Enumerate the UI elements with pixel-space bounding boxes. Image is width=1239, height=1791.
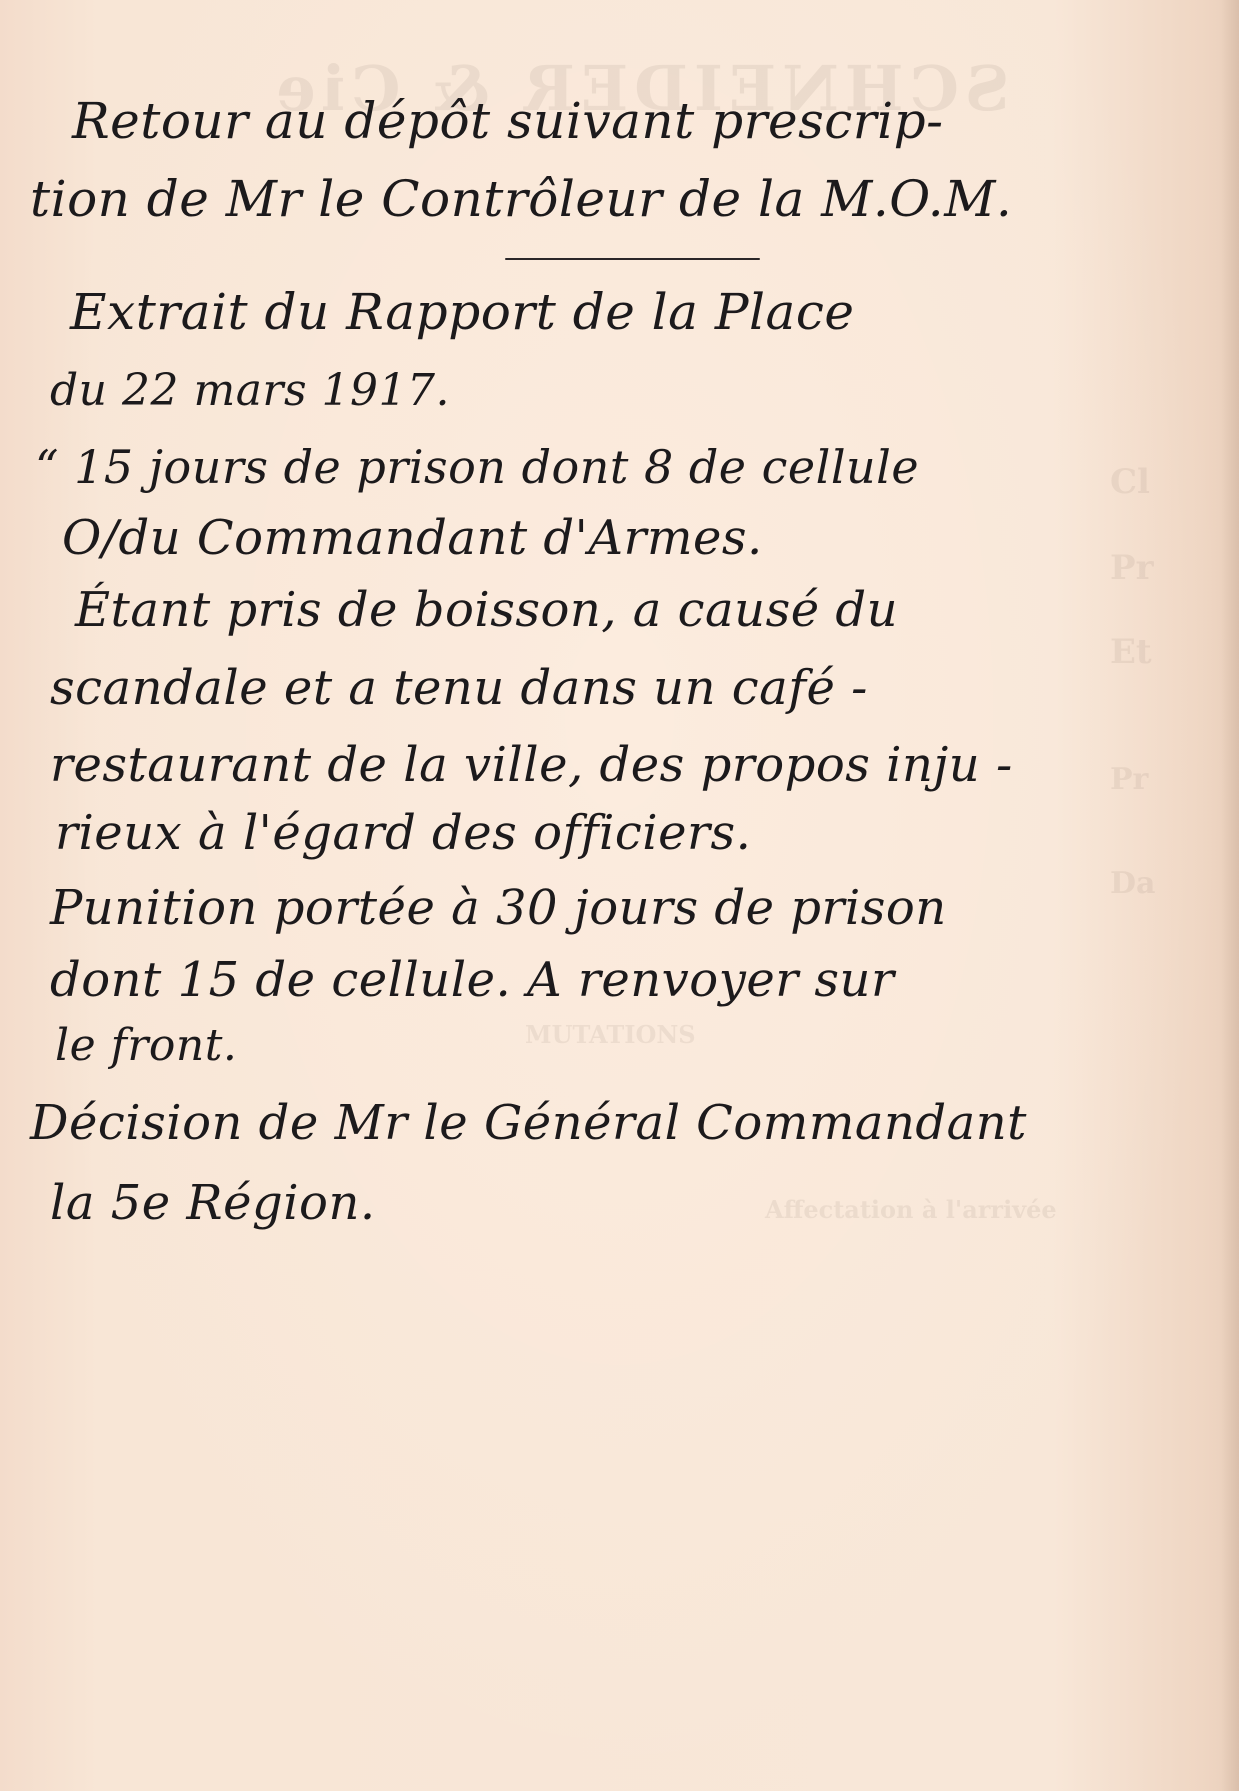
handwritten-line: dont 15 de cellule. A renvoyer sur: [50, 952, 894, 1008]
bleed-through-fragment: Pr: [1110, 762, 1148, 797]
handwritten-line: Punition portée à 30 jours de prison: [50, 880, 947, 936]
bleed-through-fragment: Affectation à l'arrivée: [765, 1195, 1057, 1224]
bleed-through-fragment: MUTATIONS: [525, 1020, 696, 1049]
handwritten-line: rieux à l'égard des officiers.: [55, 805, 751, 861]
handwritten-line: du 22 mars 1917.: [50, 365, 450, 416]
handwritten-line: Extrait du Rapport de la Place: [70, 283, 854, 341]
handwritten-line: le front.: [55, 1020, 237, 1071]
handwritten-line: Étant pris de boisson, a causé du: [75, 582, 898, 638]
handwritten-line: “ 15 jours de prison dont 8 de cellule: [35, 440, 919, 494]
page-edge-shadow: [1221, 0, 1239, 1791]
handwritten-line: scandale et a tenu dans un café -: [50, 660, 868, 716]
document-page: SCHNEIDER & Cie Cl Pr Et Pr Da MUTATIONS…: [0, 0, 1239, 1791]
handwritten-line: O/du Commandant d'Armes.: [62, 510, 763, 566]
handwritten-line: Retour au dépôt suivant prescrip-: [72, 92, 944, 150]
handwritten-line: la 5e Région.: [50, 1175, 376, 1231]
bleed-through-fragment: Et: [1110, 632, 1152, 672]
bleed-through-fragment: Pr: [1110, 548, 1153, 588]
handwritten-line: tion de Mr le Contrôleur de la M.O.M.: [30, 170, 1012, 228]
handwritten-line: Décision de Mr le Général Commandant: [30, 1095, 1027, 1151]
separator-rule: [505, 258, 760, 260]
bleed-through-fragment: Cl: [1110, 462, 1150, 502]
handwritten-line: restaurant de la ville, des propos inju …: [50, 737, 1013, 793]
bleed-through-fragment: Da: [1110, 866, 1155, 901]
